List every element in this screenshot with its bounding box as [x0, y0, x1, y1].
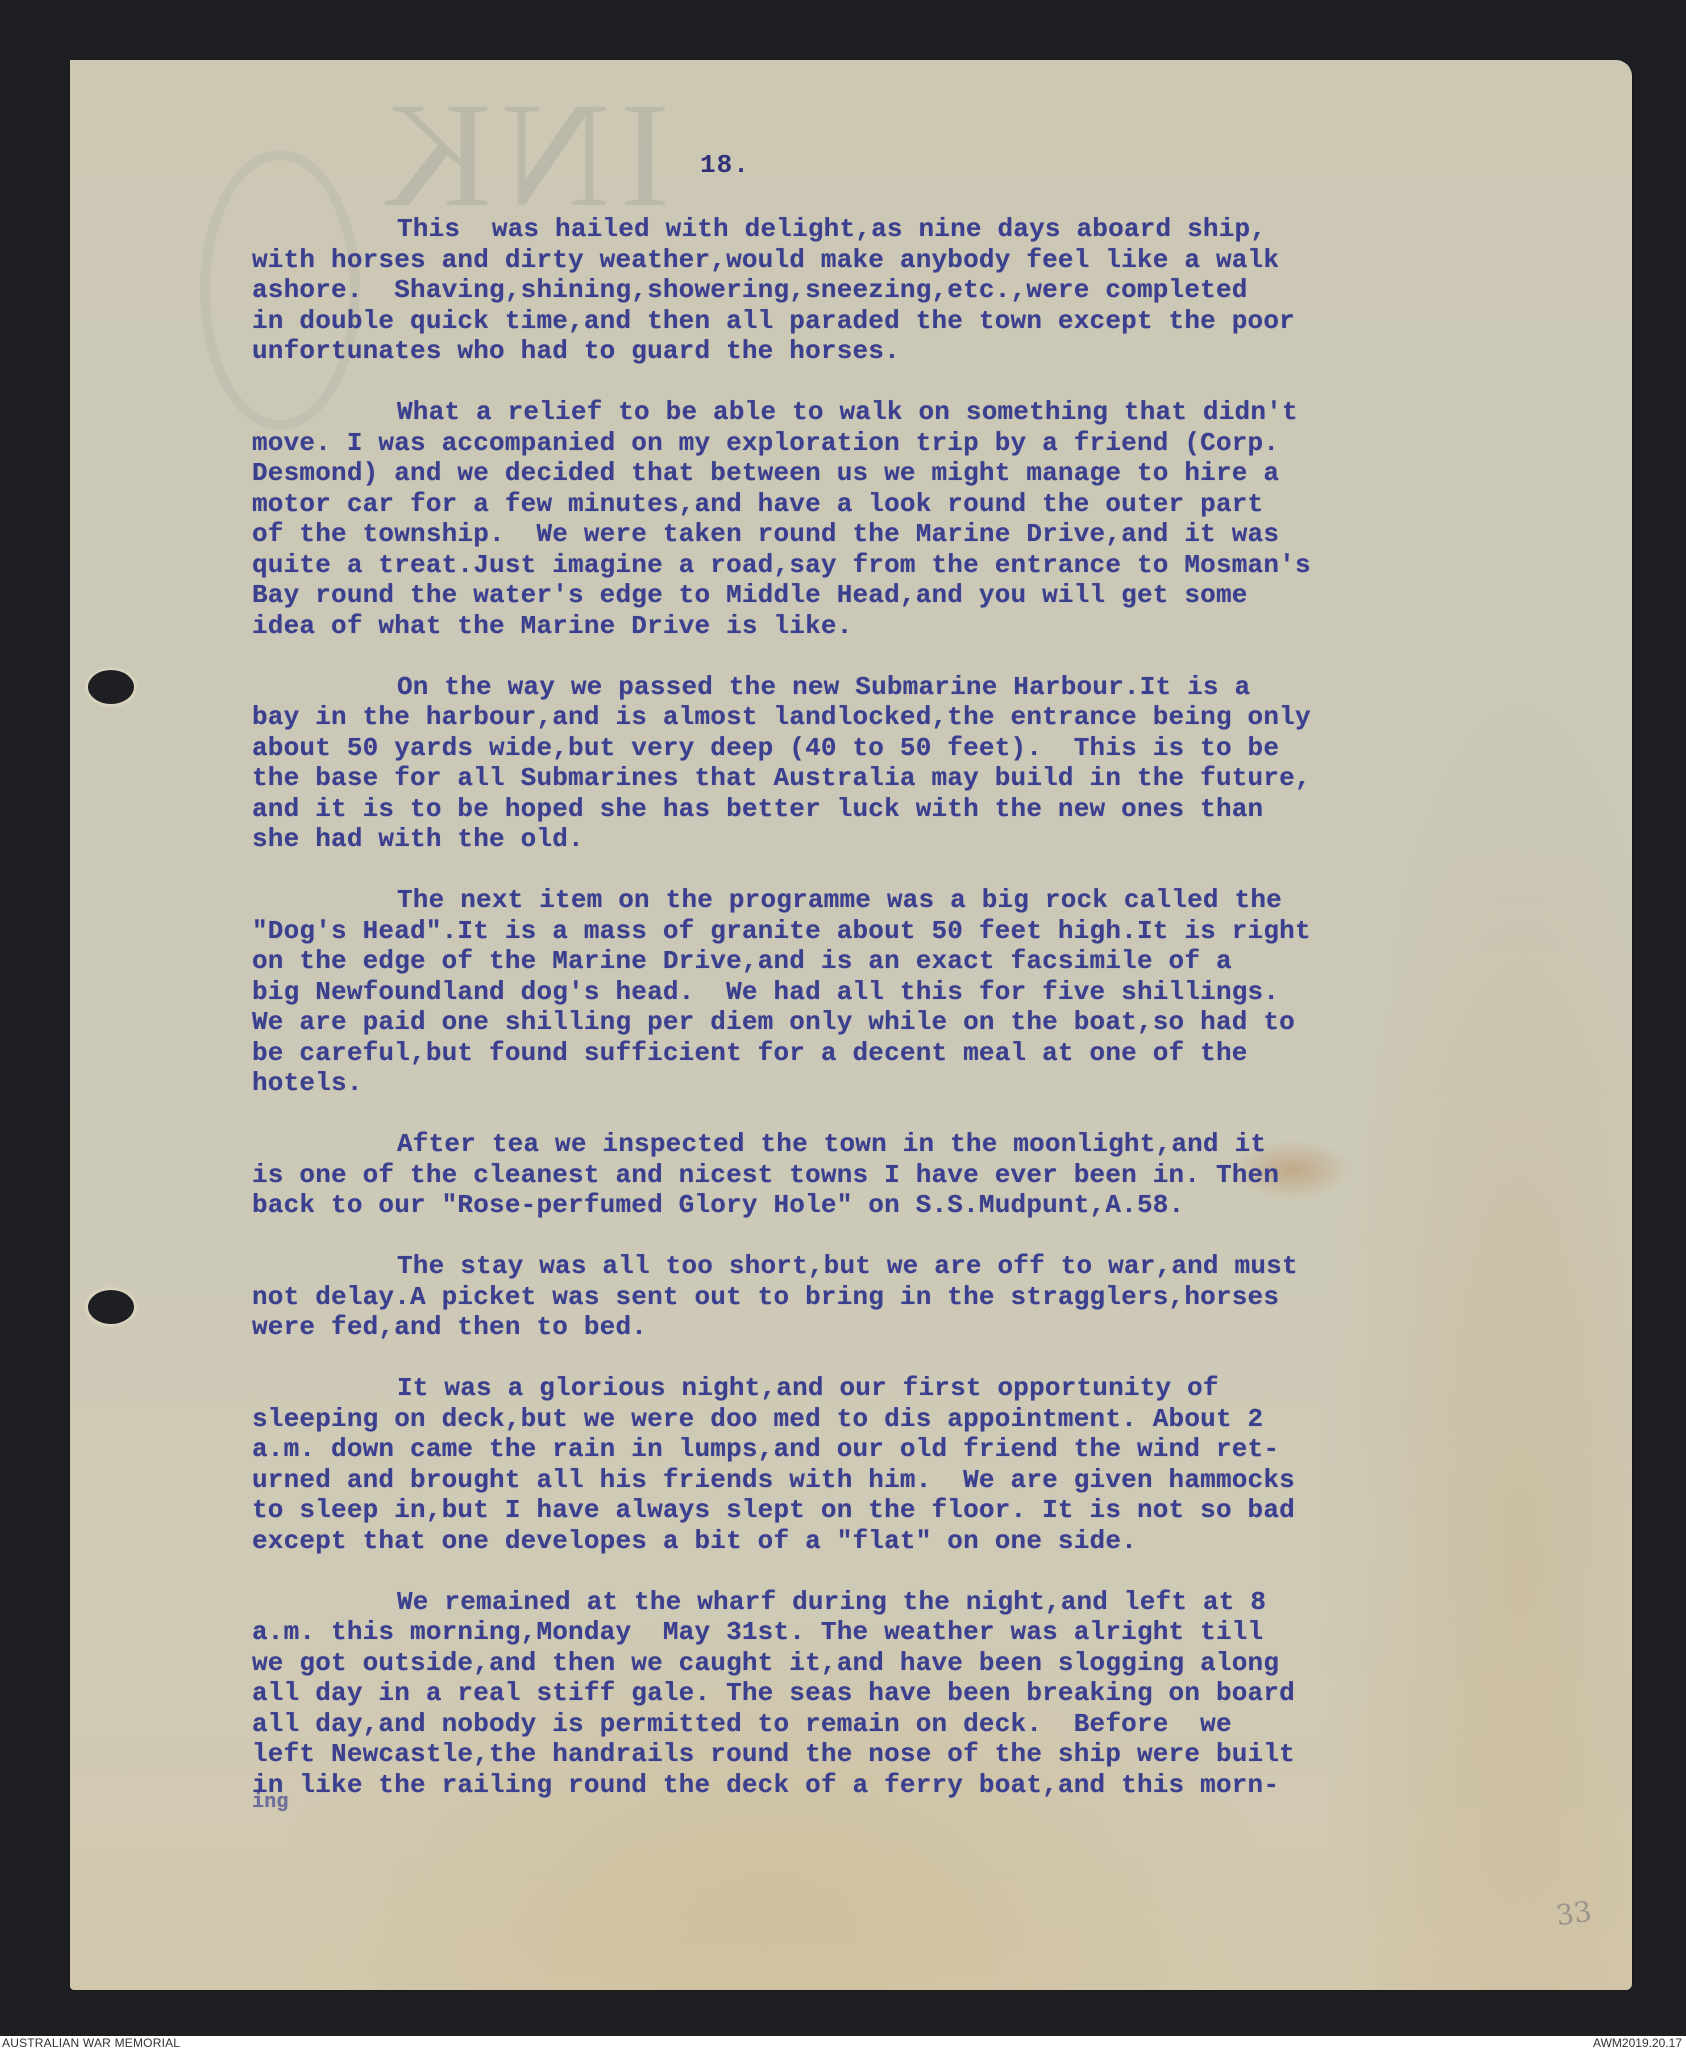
text-line: big Newfoundland dog's head. We had all … [252, 977, 1652, 1008]
text-line: is one of the cleanest and nicest towns … [252, 1160, 1652, 1191]
text-line: This was hailed with delight,as nine day… [252, 214, 1652, 245]
text-line: on the edge of the Marine Drive,and is a… [252, 946, 1652, 977]
text-line: except that one developes a bit of a "fl… [252, 1526, 1652, 1557]
text-line: left Newcastle,the handrails round the n… [252, 1739, 1652, 1770]
text-line: What a relief to be able to walk on some… [252, 397, 1652, 428]
paragraph: On the way we passed the new Submarine H… [252, 672, 1652, 855]
text-line: After tea we inspected the town in the m… [252, 1129, 1652, 1160]
text-line: and it is to be hoped she has better luc… [252, 794, 1652, 825]
text-line: sleeping on deck,but we were doo med to … [252, 1404, 1652, 1435]
page-number: 18. [700, 150, 750, 180]
paragraph: After tea we inspected the town in the m… [252, 1129, 1652, 1221]
text-line: Desmond) and we decided that between us … [252, 458, 1652, 489]
text-line: a.m. down came the rain in lumps,and our… [252, 1434, 1652, 1465]
text-line: It was a glorious night,and our first op… [252, 1373, 1652, 1404]
document-body: This was hailed with delight,as nine day… [252, 214, 1652, 1849]
bleed-through-stamp: IN​K [340, 75, 670, 235]
text-line: all day,and nobody is permitted to remai… [252, 1709, 1652, 1740]
text-line: "Dog's Head".It is a mass of granite abo… [252, 916, 1652, 947]
text-line: in double quick time,and then all parade… [252, 306, 1652, 337]
punch-hole-bottom [88, 1290, 134, 1324]
text-line: back to our "Rose-perfumed Glory Hole" o… [252, 1190, 1652, 1221]
text-line: We remained at the wharf during the nigh… [252, 1587, 1652, 1618]
text-line: were fed,and then to bed. [252, 1312, 1652, 1343]
text-line: quite a treat.Just imagine a road,say fr… [252, 550, 1652, 581]
text-line: motor car for a few minutes,and have a l… [252, 489, 1652, 520]
text-line: On the way we passed the new Submarine H… [252, 672, 1652, 703]
text-line: The stay was all too short,but we are of… [252, 1251, 1652, 1282]
paragraph: The next item on the programme was a big… [252, 885, 1652, 1099]
text-line: unfortunates who had to guard the horses… [252, 336, 1652, 367]
paragraph: What a relief to be able to walk on some… [252, 397, 1652, 641]
paragraph: It was a glorious night,and our first op… [252, 1373, 1652, 1556]
text-line: ashore. Shaving,shining,showering,sneezi… [252, 275, 1652, 306]
text-line: of the township. We were taken round the… [252, 519, 1652, 550]
text-line: bay in the harbour,and is almost landloc… [252, 702, 1652, 733]
text-line: she had with the old. [252, 824, 1652, 855]
text-line: be careful,but found sufficient for a de… [252, 1038, 1652, 1069]
paragraph: We remained at the wharf during the nigh… [252, 1587, 1652, 1819]
text-line: We are paid one shilling per diem only w… [252, 1007, 1652, 1038]
text-line: not delay.A picket was sent out to bring… [252, 1282, 1652, 1313]
text-line: to sleep in,but I have always slept on t… [252, 1495, 1652, 1526]
text-line: all day in a real stiff gale. The seas h… [252, 1678, 1652, 1709]
text-line: about 50 yards wide,but very deep (40 to… [252, 733, 1652, 764]
paragraph: This was hailed with delight,as nine day… [252, 214, 1652, 367]
text-line: idea of what the Marine Drive is like. [252, 611, 1652, 642]
text-line: move. I was accompanied on my exploratio… [252, 428, 1652, 459]
text-line: hotels. [252, 1068, 1652, 1099]
text-line: with horses and dirty weather,would make… [252, 245, 1652, 276]
pencil-folio-annotation: 33 [1554, 1895, 1594, 1933]
text-line: Bay round the water's edge to Middle Hea… [252, 580, 1652, 611]
text-line: a.m. this morning,Monday May 31st. The w… [252, 1617, 1652, 1648]
accession-number: AWM2019.20.17 [1593, 2036, 1682, 2050]
text-line: urned and brought all his friends with h… [252, 1465, 1652, 1496]
archive-footer: AUSTRALIAN WAR MEMORIAL AWM2019.20.17 [0, 2036, 1686, 2061]
paragraph: The stay was all too short,but we are of… [252, 1251, 1652, 1343]
punch-hole-top [88, 670, 134, 704]
institution-credit: AUSTRALIAN WAR MEMORIAL [2, 2036, 180, 2050]
text-line: the base for all Submarines that Austral… [252, 763, 1652, 794]
text-line: The next item on the programme was a big… [252, 885, 1652, 916]
text-line: we got outside,and then we caught it,and… [252, 1648, 1652, 1679]
